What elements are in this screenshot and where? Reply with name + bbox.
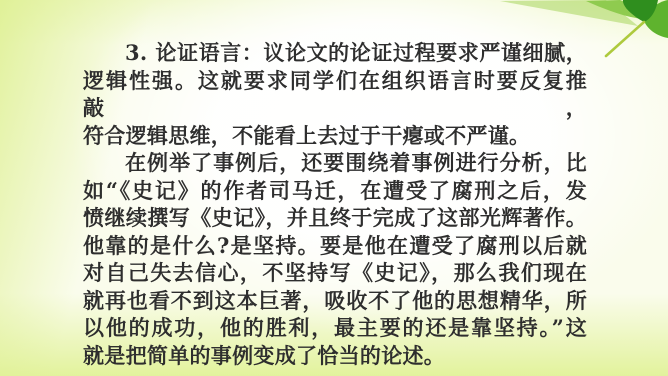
slide-background: 3. 论证语言：议论文的论证过程要求严谨细腻， 逻辑性强。这就要求同学们在组织语… [0,0,668,376]
text-line: 符合逻辑思维，不能看上去过于干瘪或不严谨。 [83,122,587,150]
text-line: 就是把简单的事例变成了恰当的论述。 [83,342,587,370]
slide-text-block: 3. 论证语言：议论文的论证过程要求严谨细腻， 逻辑性强。这就要求同学们在组织语… [83,39,587,369]
text-line: 在例举了事例后，还要围绕着事例进行分析，比 [83,149,587,177]
text-line: 就再也看不到这本巨著，吸收不了他的思想精华，所 [83,287,587,315]
text-line: 3. 论证语言：议论文的论证过程要求严谨细腻， [83,39,587,67]
text-line: 他靠的是什么?是坚持。要是他在遭受了腐刑以后就 [83,232,587,260]
text-line: 如“《史记》的作者司马迁，在遭受了腐刑之后，发 [83,177,587,205]
text-line: 愤继续撰写《史记》，并且终于完成了这部光辉著作。 [83,204,587,232]
text-line: 以他的成功，他的胜利，最主要的还是靠坚持。”这 [83,314,587,342]
leaf-stem [606,22,644,56]
text-line: 逻辑性强。这就要求同学们在组织语言时要反复推敲， [83,67,587,122]
text-line: 对自己失去信心，不坚持写《史记》，那么我们现在 [83,259,587,287]
